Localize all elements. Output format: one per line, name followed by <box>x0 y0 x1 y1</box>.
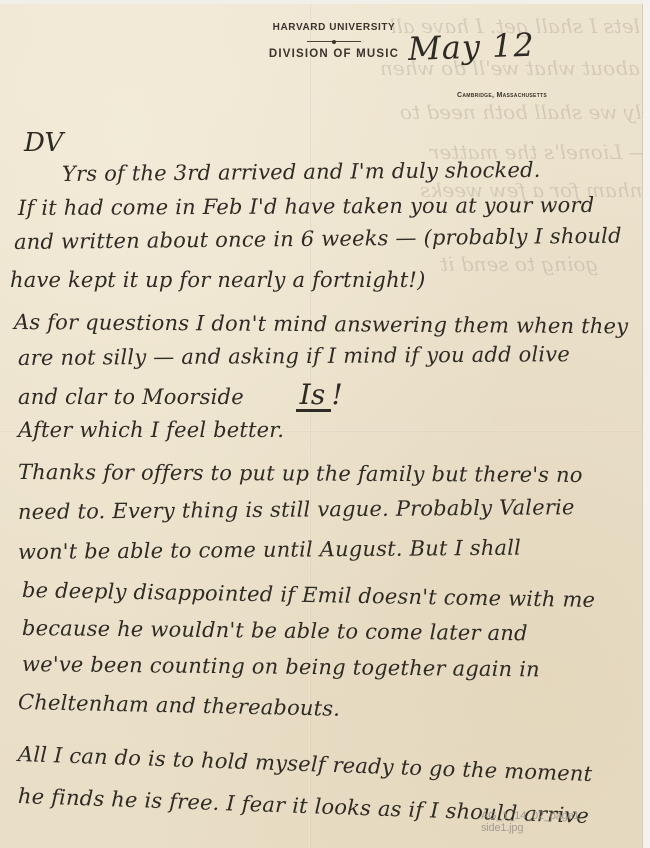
letter-line: need to. Every thing is still vague. Pro… <box>18 495 575 524</box>
letterhead-department: DIVISION OF MUSIC <box>248 48 420 60</box>
letter-line: are not silly — and asking if I mind if … <box>18 342 570 370</box>
scan-border-right <box>643 0 650 848</box>
letterhead-institution: HARVARD UNIVERSITY <box>248 22 420 33</box>
letter-line: have kept it up for nearly a fortnight!) <box>10 268 425 292</box>
bleed-through-line: we do arrive. Probably we shall both nee… <box>400 100 650 124</box>
emphasis-exclamation: ! <box>331 378 342 411</box>
letter-salutation: DV <box>24 128 63 158</box>
letter-line-text: and clar to Moorside <box>18 385 244 409</box>
letterhead-divider <box>307 41 361 42</box>
letter-line: won't be able to come until August. But … <box>18 536 521 564</box>
paper-fold-vertical <box>309 4 311 848</box>
letterhead-location: Cambridge, Massachusetts <box>457 92 547 99</box>
letter-line: Yrs of the 3rd arrived and I'm duly shoc… <box>62 158 541 186</box>
letter-line: After which I feel better. <box>18 418 284 442</box>
watermark-line-1: AG_1_14_02_page1 <box>481 810 579 822</box>
letter-line: As for questions I don't mind answering … <box>14 310 628 338</box>
letter-line: If it had come in Feb I'd have taken you… <box>18 193 594 220</box>
letter-date: May 12 <box>407 26 535 68</box>
scan-filename-watermark: AG_1_14_02_page1 side1.jpg <box>481 810 579 834</box>
letter-line-with-emphasis: and clar to Moorside Is! <box>18 378 343 412</box>
underlined-emphasis: Is <box>296 381 332 412</box>
letterhead: HARVARD UNIVERSITY DIVISION OF MUSIC <box>248 22 420 60</box>
letter-line: Thanks for offers to put up the family b… <box>18 460 583 487</box>
bleed-through-line: going to send it <box>440 252 598 276</box>
watermark-line-2: side1.jpg <box>481 822 579 834</box>
